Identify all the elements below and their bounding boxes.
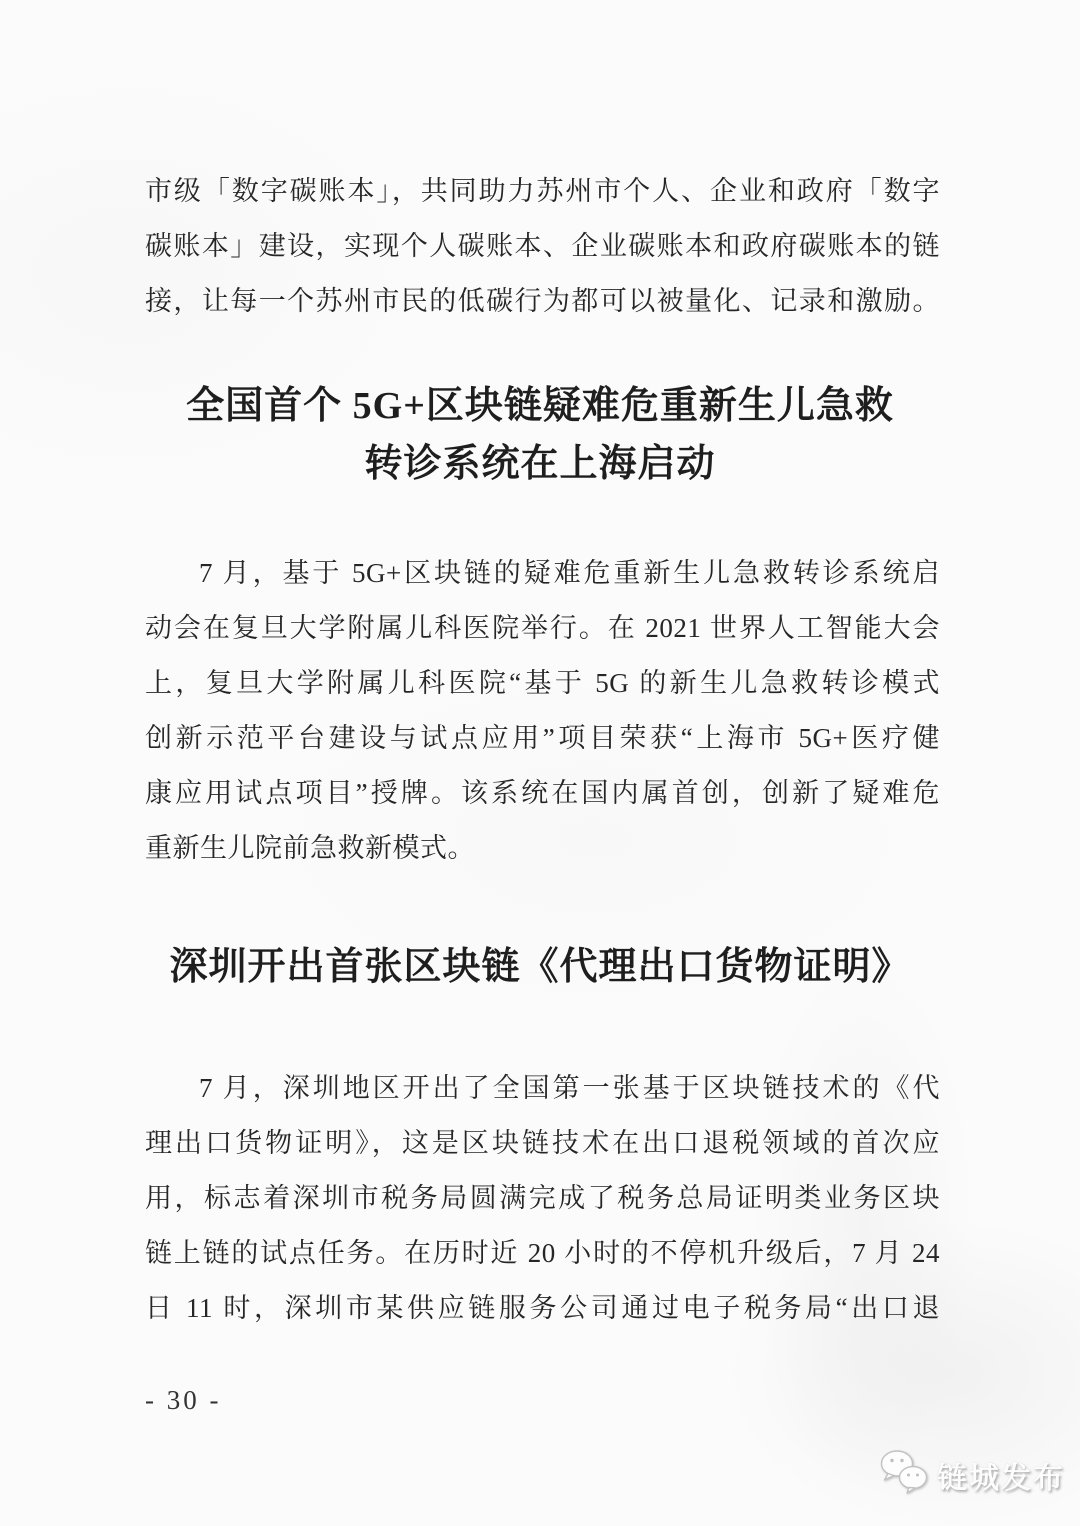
paragraph-line: 用，标志着深圳市税务局圆满完成了税务总局证明类业务区块 <box>145 1171 940 1226</box>
paragraph-line: 创新示范平台建设与试点应用”项目荣获“上海市 5G+医疗健 <box>145 711 940 766</box>
paragraph-line: 市级「数字碳账本」，共同助力苏州市个人、企业和政府「数字 <box>145 164 940 219</box>
publisher-watermark: 链城发布 <box>878 1448 1065 1501</box>
paragraph-shenzhen-export-certificate: 7 月，深圳地区开出了全国第一张基于区块链技术的《代 理出口货物证明》，这是区块… <box>145 1061 940 1336</box>
heading-line: 转诊系统在上海启动 <box>0 435 1080 493</box>
heading-line: 全国首个 5G+区块链疑难危重新生儿急救 <box>0 377 1080 435</box>
section-heading-5g-blockchain-neonatal: 全国首个 5G+区块链疑难危重新生儿急救 转诊系统在上海启动 <box>0 377 1080 493</box>
section-heading-shenzhen-export-certificate: 深圳开出首张区块链《代理出口货物证明》 <box>0 938 1080 996</box>
watermark-label: 链城发布 <box>937 1453 1065 1497</box>
paragraph-line: 重新生儿院前急救新模式。 <box>145 821 940 876</box>
paragraph-line: 康应用试点项目”授牌。该系统在国内属首创，创新了疑难危 <box>145 766 940 821</box>
paragraph-line: 链上链的试点任务。在历时近 20 小时的不停机升级后，7 月 24 <box>145 1226 940 1281</box>
paragraph-line: 上，复旦大学附属儿科医院“基于 5G 的新生儿急救转诊模式 <box>145 656 940 711</box>
paragraph-line: 日 11 时，深圳市某供应链服务公司通过电子税务局“出口退 <box>145 1281 940 1336</box>
paragraph-line: 7 月，深圳地区开出了全国第一张基于区块链技术的《代 <box>145 1061 940 1116</box>
page-number: - 30 - <box>145 1385 221 1416</box>
paragraph-line: 理出口货物证明》，这是区块链技术在出口退税领域的首次应 <box>145 1116 940 1171</box>
paragraph-carbon-account: 市级「数字碳账本」，共同助力苏州市个人、企业和政府「数字 碳账本」建设，实现个人… <box>145 164 940 329</box>
paragraph-line: 7 月，基于 5G+区块链的疑难危重新生儿急救转诊系统启 <box>145 546 940 601</box>
paragraph-line: 接，让每一个苏州市民的低碳行为都可以被量化、记录和激励。 <box>145 274 940 329</box>
paragraph-5g-blockchain-neonatal: 7 月，基于 5G+区块链的疑难危重新生儿急救转诊系统启 动会在复旦大学附属儿科… <box>145 546 940 876</box>
wechat-icon <box>878 1448 932 1501</box>
paragraph-line: 动会在复旦大学附属儿科医院举行。在 2021 世界人工智能大会 <box>145 601 940 656</box>
document-page: 市级「数字碳账本」，共同助力苏州市个人、企业和政府「数字 碳账本」建设，实现个人… <box>0 0 1080 1526</box>
heading-line: 深圳开出首张区块链《代理出口货物证明》 <box>0 938 1080 996</box>
paragraph-line: 碳账本」建设，实现个人碳账本、企业碳账本和政府碳账本的链 <box>145 219 940 274</box>
